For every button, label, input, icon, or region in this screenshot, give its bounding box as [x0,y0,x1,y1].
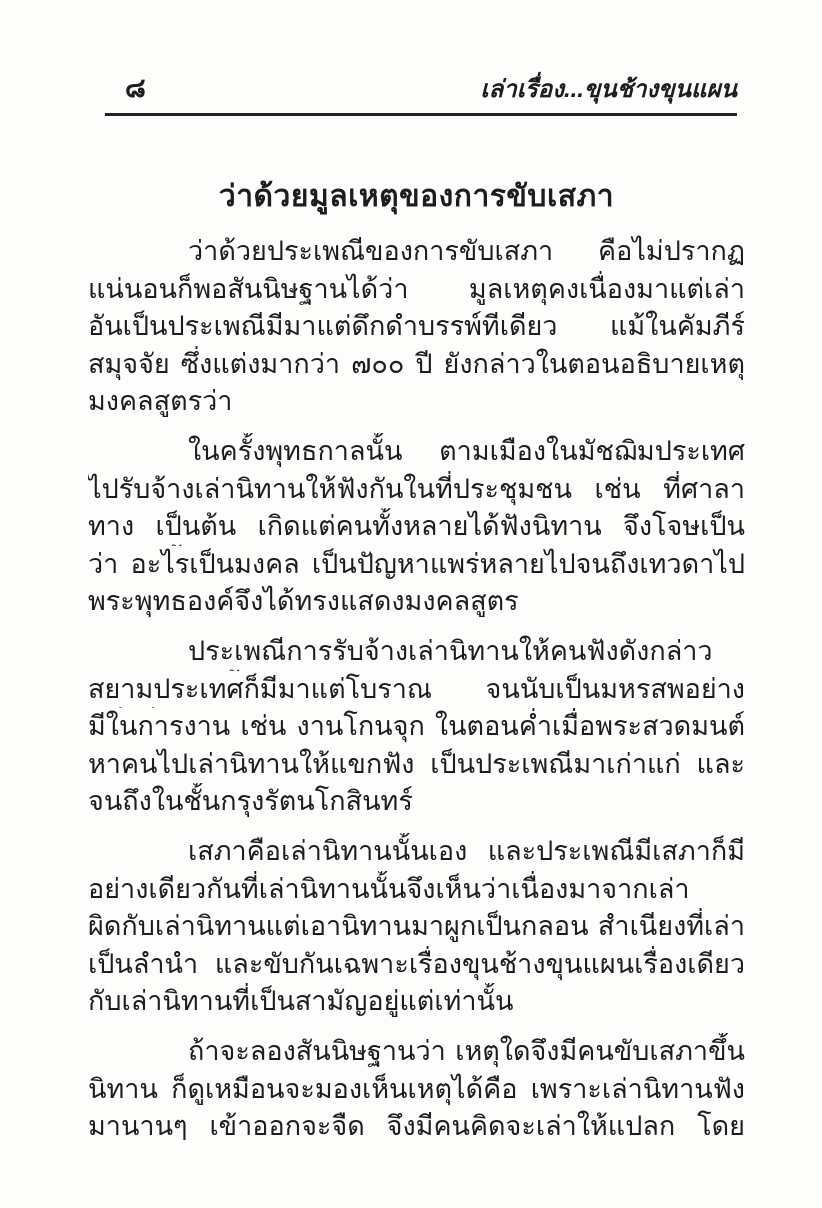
text-line: ว่าด้วยประเพณีของการขับเสภา คือไม่ปรากฏเ… [88,233,745,271]
text-line: ผิดกับเล่านิทานแต่เอานิทานมาผูกเป็นกลอน … [88,908,745,946]
text-line: เป็นลำนำ และขับกันเฉพาะเรื่องขุนช้างขุนแ… [88,946,745,984]
text-line: พระพุทธองค์จึงได้ทรงแสดงมงคลสูตร [88,583,745,621]
text-line: มานานๆ เข้าออกจะจืด จึงมีคนคิดจะเล่าให้แ… [88,1108,745,1146]
header-divider [105,113,737,116]
text-line: ทาง เป็นต้น เกิดแต่คนทั้งหลายได้ฟังนิทาน… [88,508,745,546]
text-line: เสภาคือเล่านิทานนั้นเอง และประเพณีมีเสภา… [88,833,745,871]
text-line: นิทาน ก็ดูเหมือนจะมองเห็นเหตุได้คือ เพรา… [88,1071,745,1109]
text-line: ในครั้งพุทธกาลนั้น ตามเมืองในมัชฌิมประเท… [88,433,745,471]
text-line: ไปรับจ้างเล่านิทานให้ฟังกันในที่ประชุมชน… [88,471,745,509]
text-line: แน่นอนก็พอสันนิษฐานได้ว่า มูลเหตุคงเนื่อ… [88,271,745,309]
text-line: ประเพณีการรับจ้างเล่านิทานให้คนฟังดังกล่… [88,633,745,671]
text-line: สยามประเทศก็มีมาแต่โบราณ จนนับเป็นมหรสพอ… [88,671,745,709]
running-title: เล่าเรื่อง...ขุนช้างขุนแผน [480,77,737,103]
text-line: อย่างเดียวกันที่เล่านิทานนั้นจึงเห็นว่าเ… [88,871,745,909]
paragraph: ประเพณีการรับจ้างเล่านิทานให้คนฟังดังกล่… [88,633,745,821]
text-line: หาคนไปเล่านิทานให้แขกฟัง เป็นประเพณีมาเก… [88,746,745,784]
paragraph: ถ้าจะลองสันนิษฐานว่า เหตุใดจึงมีคนขับเสภ… [88,1033,745,1146]
paragraph: เสภาคือเล่านิทานนั้นเอง และประเพณีมีเสภา… [88,833,745,1021]
text-line: ว่า อะไรเป็นมงคล เป็นปัญหาแพร่หลายไปจนถึ… [88,546,745,584]
page-header: ๘ เล่าเรื่อง...ขุนช้างขุนแผน [105,74,737,104]
text-line: อันเป็นประเพณีมีมาแต่ดึกดำบรรพ์ทีเดียว แ… [88,308,745,346]
chapter-title: ว่าด้วยมูลเหตุของการขับเสภา [88,179,745,215]
text-line: จนถึงในชั้นกรุงรัตนโกสินทร์ [88,783,745,821]
paragraph: ในครั้งพุทธกาลนั้น ตามเมืองในมัชฌิมประเท… [88,433,745,621]
body-text: ว่าด้วยประเพณีของการขับเสภา คือไม่ปรากฏเ… [88,233,745,1158]
text-line: มีในการงาน เช่น งานโกนจุก ในตอนค่ำเมื่อพ… [88,708,745,746]
book-page: ๘ เล่าเรื่อง...ขุนช้างขุนแผน ว่าด้วยมูลเ… [0,0,822,1208]
page-number: ๘ [105,74,146,104]
text-line: กับเล่านิทานที่เป็นสามัญอยู่แต่เท่านั้น [88,983,745,1021]
text-line: มงคลสูตรว่า [88,383,745,421]
paragraph: ว่าด้วยประเพณีของการขับเสภา คือไม่ปรากฏเ… [88,233,745,421]
text-line: ถ้าจะลองสันนิษฐานว่า เหตุใดจึงมีคนขับเสภ… [88,1033,745,1071]
text-line: สมุจจัย ซึ่งแต่งมากว่า ๗๐๐ ปี ยังกล่าวใน… [88,346,745,384]
